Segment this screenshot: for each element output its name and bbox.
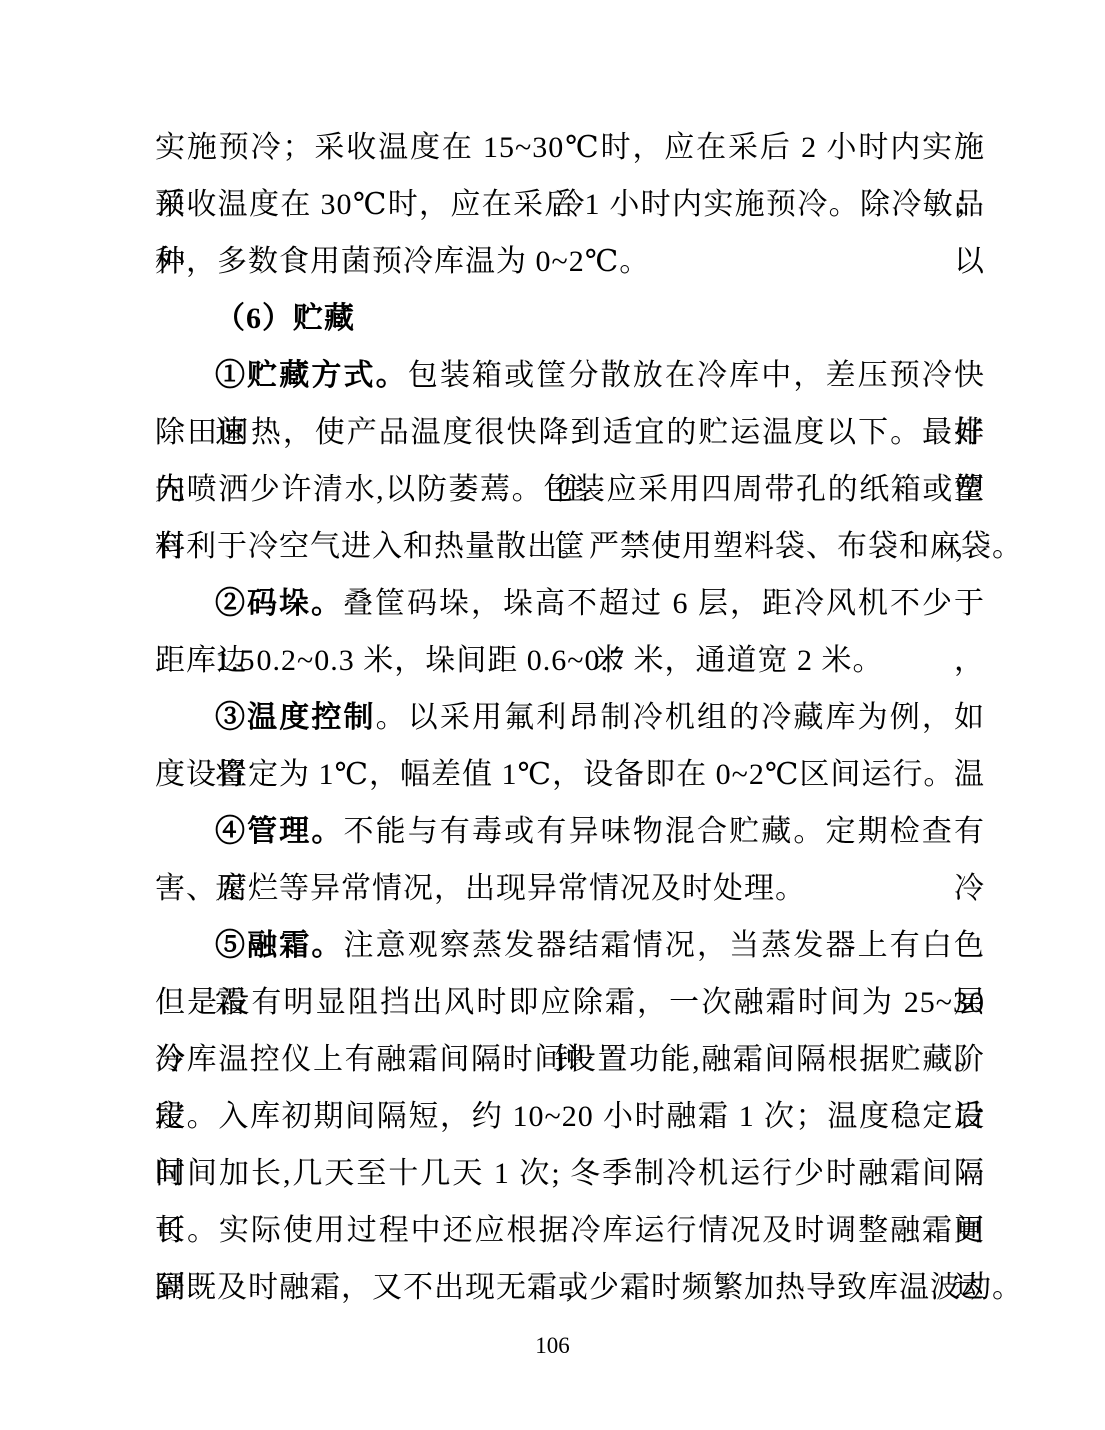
text-line: 采收温度在 30℃时，应在采后 1 小时内实施预冷。除冷敏品种以 (155, 176, 985, 233)
text-segment: 有利于冷空气进入和热量散出。严禁使用塑料袋、布袋和麻袋。 (155, 530, 1023, 563)
text-line: 内喷洒少许清水,以防萎蔫。包装应采用四周带孔的纸箱或塑料筐， (155, 461, 985, 518)
text-segment: ②码垛。 (215, 587, 343, 620)
text-line: 时间加长,几天至十几天 1 次; 冬季制冷机运行少时融霜间隔可更 (155, 1145, 985, 1202)
text-segment: 外，多数食用菌预冷库温为 0~2℃。 (155, 245, 650, 278)
text-line: 定。入库初期间隔短，约 10~20 小时融霜 1 次；温度稳定后间隔 (155, 1088, 985, 1145)
text-segment: 距库边 0.2~0.3 米，垛间距 0.6~0.7 米，通道宽 2 米。 (155, 644, 883, 677)
text-line: 到既及时融霜，又不出现无霜或少霜时频繁加热导致库温波动。 (155, 1259, 985, 1316)
text-segment: 度设置定为 1℃，幅差值 1℃，设备即在 0~2℃区间运行。 (155, 758, 954, 791)
text-segment: ⑤融霜。 (215, 929, 344, 962)
text-line: ③温度控制。以采用氟利昂制冷机组的冷藏库为例，如将温 (155, 689, 985, 746)
document-body: 实施预冷；采收温度在 15~30℃时，应在采后 2 小时内实施预冷；采收温度在 … (155, 119, 985, 1316)
text-segment: ③温度控制 (215, 701, 376, 734)
text-line: 距库边 0.2~0.3 米，垛间距 0.6~0.7 米，通道宽 2 米。 (155, 632, 985, 689)
text-line: ②码垛。叠筐码垛，垛高不超过 6 层，距冷风机不少于 1.5 米， (155, 575, 985, 632)
text-line: 长。实际使用过程中还应根据冷库运行情况及时调整融霜间隔,达 (155, 1202, 985, 1259)
text-line: 有利于冷空气进入和热量散出。严禁使用塑料袋、布袋和麻袋。 (155, 518, 985, 575)
text-line: 实施预冷；采收温度在 15~30℃时，应在采后 2 小时内实施预冷； (155, 119, 985, 176)
text-line: 除田间热，使产品温度很快降到适宜的贮运温度以下。最好先往筐 (155, 404, 985, 461)
text-line: ①贮藏方式。包装箱或筐分散放在冷库中，差压预冷快速排 (155, 347, 985, 404)
text-line: ④管理。不能与有毒或有异味物混合贮藏。定期检查有无冷 (155, 803, 985, 860)
section-heading: （6）贮藏 (155, 290, 985, 347)
page-number: 106 (0, 1333, 1105, 1359)
text-segment: ①贮藏方式。 (215, 359, 408, 392)
document-page: 实施预冷；采收温度在 15~30℃时，应在采后 2 小时内实施预冷；采收温度在 … (0, 0, 1105, 1430)
text-line: ⑤融霜。注意观察蒸发器结霜情况，当蒸发器上有白色霜层 (155, 917, 985, 974)
text-line: 冷库温控仪上有融霜间隔时间设置功能,融霜间隔根据贮藏阶段设 (155, 1031, 985, 1088)
text-segment: （6）贮藏 (215, 302, 355, 335)
text-line: 但是没有明显阻挡出风时即应除霜，一次融霜时间为 25~30 分钟。 (155, 974, 985, 1031)
text-segment: 害、腐烂等异常情况，出现异常情况及时处理。 (155, 872, 806, 905)
text-segment: ④管理。 (215, 815, 344, 848)
text-line: 度设置定为 1℃，幅差值 1℃，设备即在 0~2℃区间运行。 (155, 746, 985, 803)
text-segment: 到既及时融霜，又不出现无霜或少霜时频繁加热导致库温波动。 (155, 1271, 1023, 1304)
